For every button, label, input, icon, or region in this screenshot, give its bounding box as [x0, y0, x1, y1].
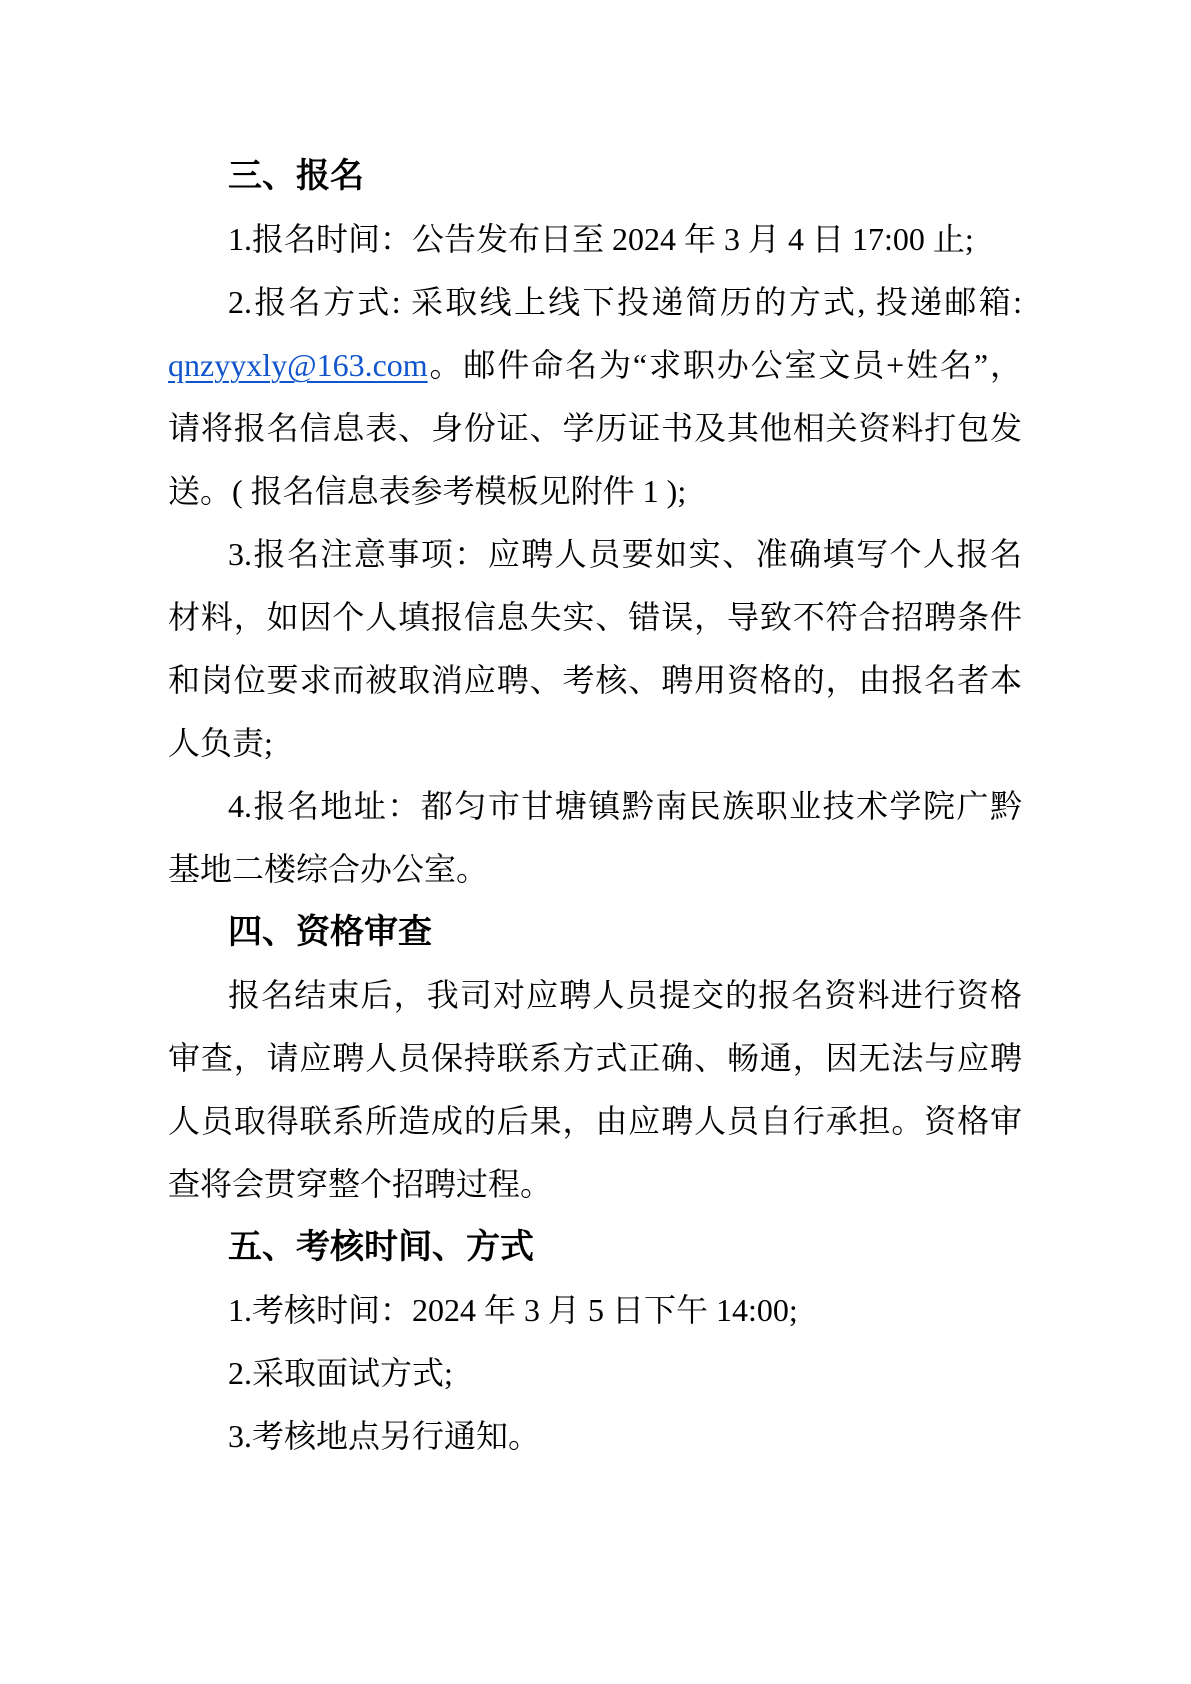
- text-run: 和岗位要求而被取消应聘、考核、聘用资格的，由报名者本: [168, 662, 1022, 698]
- paragraph-line: 基地二楼综合办公室。: [168, 838, 1022, 901]
- text-run: 人员取得联系所造成的后果，由应聘人员自行承担。资格审: [168, 1103, 1022, 1139]
- text-run: 3.报名注意事项：应聘人员要如实、准确填写个人报名: [228, 536, 1022, 572]
- text-run: 4.报名地址：都匀市甘塘镇黔南民族职业技术学院广黔: [228, 788, 1022, 824]
- text-run: 审查，请应聘人员保持联系方式正确、畅通，因无法与应聘: [168, 1040, 1022, 1076]
- email-link[interactable]: qnzyyxly@163.com: [168, 347, 428, 383]
- text-run: 五、考核时间、方式: [228, 1228, 534, 1266]
- paragraph-line: 2.报名方式: 采取线上线下投递简历的方式, 投递邮箱:: [168, 271, 1022, 334]
- text-run: 材料，如因个人填报信息失实、错误，导致不符合招聘条件: [168, 599, 1022, 635]
- paragraph-line: 和岗位要求而被取消应聘、考核、聘用资格的，由报名者本: [168, 649, 1022, 712]
- text-run: 报名结束后，我司对应聘人员提交的报名资料进行资格: [228, 977, 1022, 1013]
- paragraph-line: 审查，请应聘人员保持联系方式正确、畅通，因无法与应聘: [168, 1027, 1022, 1090]
- section-heading: 三、报名: [168, 145, 1022, 208]
- text-run: 请将报名信息表、身份证、学历证书及其他相关资料打包发: [168, 410, 1022, 446]
- paragraph-line: 请将报名信息表、身份证、学历证书及其他相关资料打包发: [168, 397, 1022, 460]
- section-heading: 四、资格审查: [168, 901, 1022, 964]
- paragraph-line: 人负责;: [168, 712, 1022, 775]
- text-run: 四、资格审查: [228, 913, 432, 951]
- text-run: 。邮件命名为“求职办公室文员+姓名”，: [428, 347, 1022, 383]
- text-run: 2.报名方式: 采取线上线下投递简历的方式, 投递邮箱:: [228, 284, 1022, 320]
- text-run: 查将会贯穿整个招聘过程。: [168, 1166, 552, 1202]
- paragraph-line: 送。( 报名信息表参考模板见附件 1 );: [168, 460, 1022, 523]
- section-heading: 五、考核时间、方式: [168, 1216, 1022, 1279]
- paragraph-line: 人员取得联系所造成的后果，由应聘人员自行承担。资格审: [168, 1090, 1022, 1153]
- paragraph-line: 1.报名时间：公告发布日至 2024 年 3 月 4 日 17:00 止;: [168, 208, 1022, 271]
- paragraph-line: 3.报名注意事项：应聘人员要如实、准确填写个人报名: [168, 523, 1022, 586]
- text-run: 3.考核地点另行通知。: [228, 1418, 540, 1454]
- text-run: 送。( 报名信息表参考模板见附件 1 );: [168, 473, 686, 509]
- paragraph-line: 材料，如因个人填报信息失实、错误，导致不符合招聘条件: [168, 586, 1022, 649]
- paragraph-line: qnzyyxly@163.com。邮件命名为“求职办公室文员+姓名”，: [168, 334, 1022, 397]
- text-run: 1.考核时间：2024 年 3 月 5 日下午 14:00;: [228, 1292, 798, 1328]
- paragraph-line: 报名结束后，我司对应聘人员提交的报名资料进行资格: [168, 964, 1022, 1027]
- document-content: 三、报名1.报名时间：公告发布日至 2024 年 3 月 4 日 17:00 止…: [168, 145, 1022, 1468]
- paragraph-line: 2.采取面试方式;: [168, 1342, 1022, 1405]
- paragraph-line: 3.考核地点另行通知。: [168, 1405, 1022, 1468]
- text-run: 人负责;: [168, 725, 273, 761]
- paragraph-line: 1.考核时间：2024 年 3 月 5 日下午 14:00;: [168, 1279, 1022, 1342]
- paragraph-line: 查将会贯穿整个招聘过程。: [168, 1153, 1022, 1216]
- text-run: 三、报名: [228, 157, 364, 195]
- text-run: 1.报名时间：公告发布日至 2024 年 3 月 4 日 17:00 止;: [228, 221, 974, 257]
- text-run: 2.采取面试方式;: [228, 1355, 453, 1391]
- document-page: 三、报名1.报名时间：公告发布日至 2024 年 3 月 4 日 17:00 止…: [0, 0, 1191, 1684]
- paragraph-line: 4.报名地址：都匀市甘塘镇黔南民族职业技术学院广黔: [168, 775, 1022, 838]
- text-run: 基地二楼综合办公室。: [168, 851, 488, 887]
